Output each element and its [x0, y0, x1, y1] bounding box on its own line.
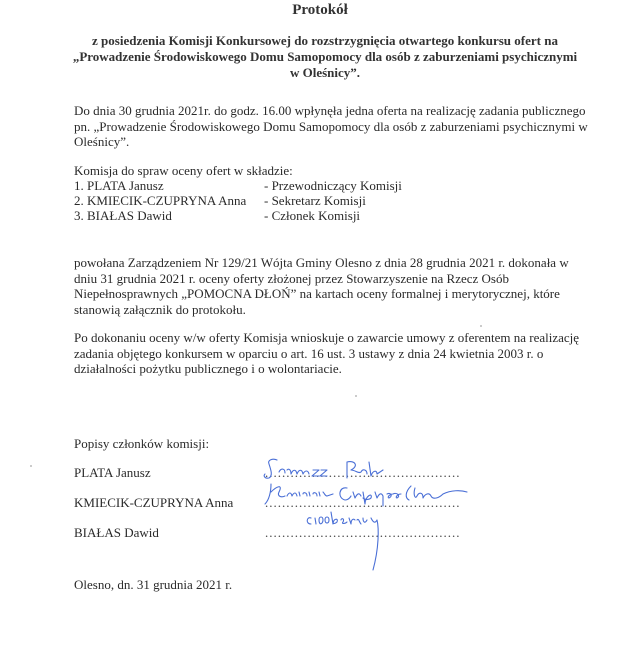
scan-speck [480, 325, 482, 327]
committee-member: 1. PLATA Janusz- Przewodniczący Komisji [74, 178, 474, 194]
committee-member: 3. BIAŁAS Dawid- Członek Komisji [74, 208, 474, 224]
handwritten-signatures [255, 448, 485, 578]
member-role: - Przewodniczący Komisji [264, 178, 402, 194]
signatory-name: PLATA Janusz [74, 465, 151, 481]
member-role: - Sekretarz Komisji [264, 193, 366, 209]
member-name: 3. BIAŁAS Dawid [74, 208, 264, 224]
committee-member: 2. KMIECIK-CZUPRYNA Anna- Sekretarz Komi… [74, 193, 474, 209]
signatory-name: KMIECIK-CZUPRYNA Anna [74, 495, 233, 511]
member-role: - Członek Komisji [264, 208, 360, 224]
place-and-date: Olesno, dn. 31 grudnia 2021 r. [74, 577, 232, 593]
member-name: 1. PLATA Janusz [74, 178, 264, 194]
signatory-name: BIAŁAS Dawid [74, 525, 159, 541]
paragraph-conclusion: Po dokonaniu oceny w/w oferty Komisja wn… [74, 330, 594, 377]
member-name: 2. KMIECIK-CZUPRYNA Anna [74, 193, 264, 209]
committee-heading: Komisja do spraw oceny ofert w składzie: [74, 163, 293, 179]
paragraph-evaluation: powołana Zarządzeniem Nr 129/21 Wójta Gm… [74, 255, 594, 317]
document-title: Protokół [0, 2, 640, 19]
signatures-heading: Popisy członków komisji: [74, 436, 209, 452]
scan-speck [30, 465, 32, 467]
scan-speck [355, 395, 357, 397]
document-subtitle: z posiedzenia Komisji Konkursowej do roz… [70, 33, 580, 81]
paragraph-offer-received: Do dnia 30 grudnia 2021r. do godz. 16.00… [74, 103, 594, 150]
